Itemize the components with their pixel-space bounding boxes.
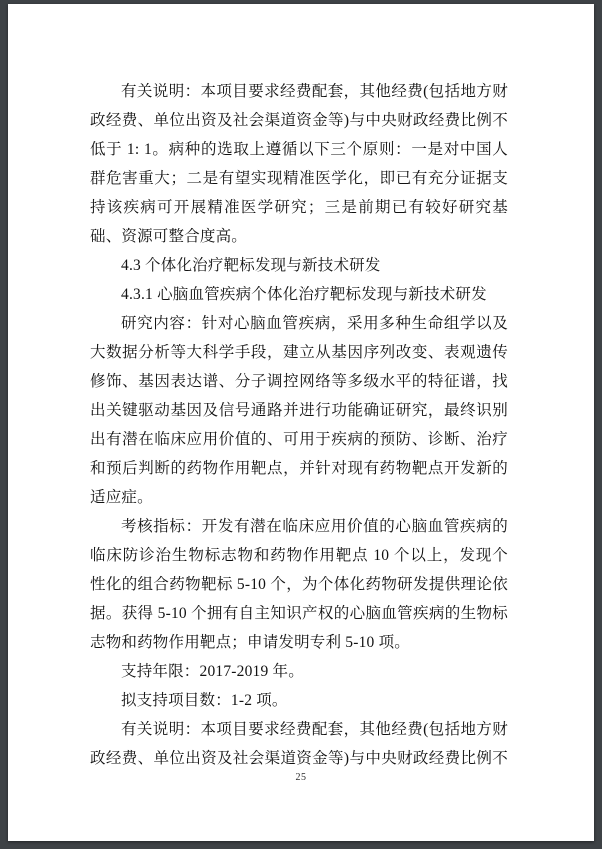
text-block: 有关说明：本项目要求经费配套，其他经费(包括地方财 政经费、单位出资及社会渠道资… [90,77,508,773]
text-line: 出关键驱动基因及信号通路并进行功能确证研究，最终识别 [90,396,508,425]
pdf-viewer-background: 有关说明：本项目要求经费配套，其他经费(包括地方财 政经费、单位出资及社会渠道资… [0,0,602,849]
document-page: 有关说明：本项目要求经费配套，其他经费(包括地方财 政经费、单位出资及社会渠道资… [8,4,594,841]
text-line: 考核指标：开发有潜在临床应用价值的心脑血管疾病的 [90,512,508,541]
text-line: 临床防诊治生物标志物和药物作用靶点 10 个以上，发现个 [90,541,508,570]
text-line: 低于 1: 1。病种的选取上遵循以下三个原则：一是对中国人 [90,135,508,164]
text-line: 大数据分析等大科学手段，建立从基因序列改变、表观遗传 [90,338,508,367]
text-line: 政经费、单位出资及社会渠道资金等)与中央财政经费比例不 [90,744,508,773]
text-line: 和预后判断的药物作用靶点，并针对现有药物靶点开发新的 [90,454,508,483]
text-line: 修饰、基因表达谱、分子调控网络等多级水平的特征谱，找 [90,367,508,396]
text-line: 支持年限：2017-2019 年。 [90,657,508,686]
text-line: 志物和药物作用靶点；申请发明专利 5-10 项。 [90,628,508,657]
text-line: 群危害重大；二是有望实现精准医学化，即已有充分证据支 [90,164,508,193]
text-line: 政经费、单位出资及社会渠道资金等)与中央财政经费比例不 [90,106,508,135]
text-line: 研究内容：针对心脑血管疾病，采用多种生命组学以及 [90,309,508,338]
text-line: 有关说明：本项目要求经费配套，其他经费(包括地方财 [90,715,508,744]
text-line: 拟支持项目数：1-2 项。 [90,686,508,715]
text-line: 出有潜在临床应用价值的、可用于疾病的预防、诊断、治疗 [90,425,508,454]
text-line: 持该疾病可开展精准医学研究；三是前期已有较好研究基 [90,193,508,222]
text-line: 据。获得 5-10 个拥有自主知识产权的心脑血管疾病的生物标 [90,599,508,628]
text-line: 有关说明：本项目要求经费配套，其他经费(包括地方财 [90,77,508,106]
text-line: 础、资源可整合度高。 [90,222,508,251]
text-line: 适应症。 [90,483,508,512]
page-number: 25 [8,772,594,783]
section-heading-4-3: 4.3 个体化治疗靶标发现与新技术研发 [90,251,508,280]
section-heading-4-3-1: 4.3.1 心脑血管疾病个体化治疗靶标发现与新技术研发 [90,280,508,309]
text-line: 性化的组合药物靶标 5-10 个，为个体化药物研发提供理论依 [90,570,508,599]
